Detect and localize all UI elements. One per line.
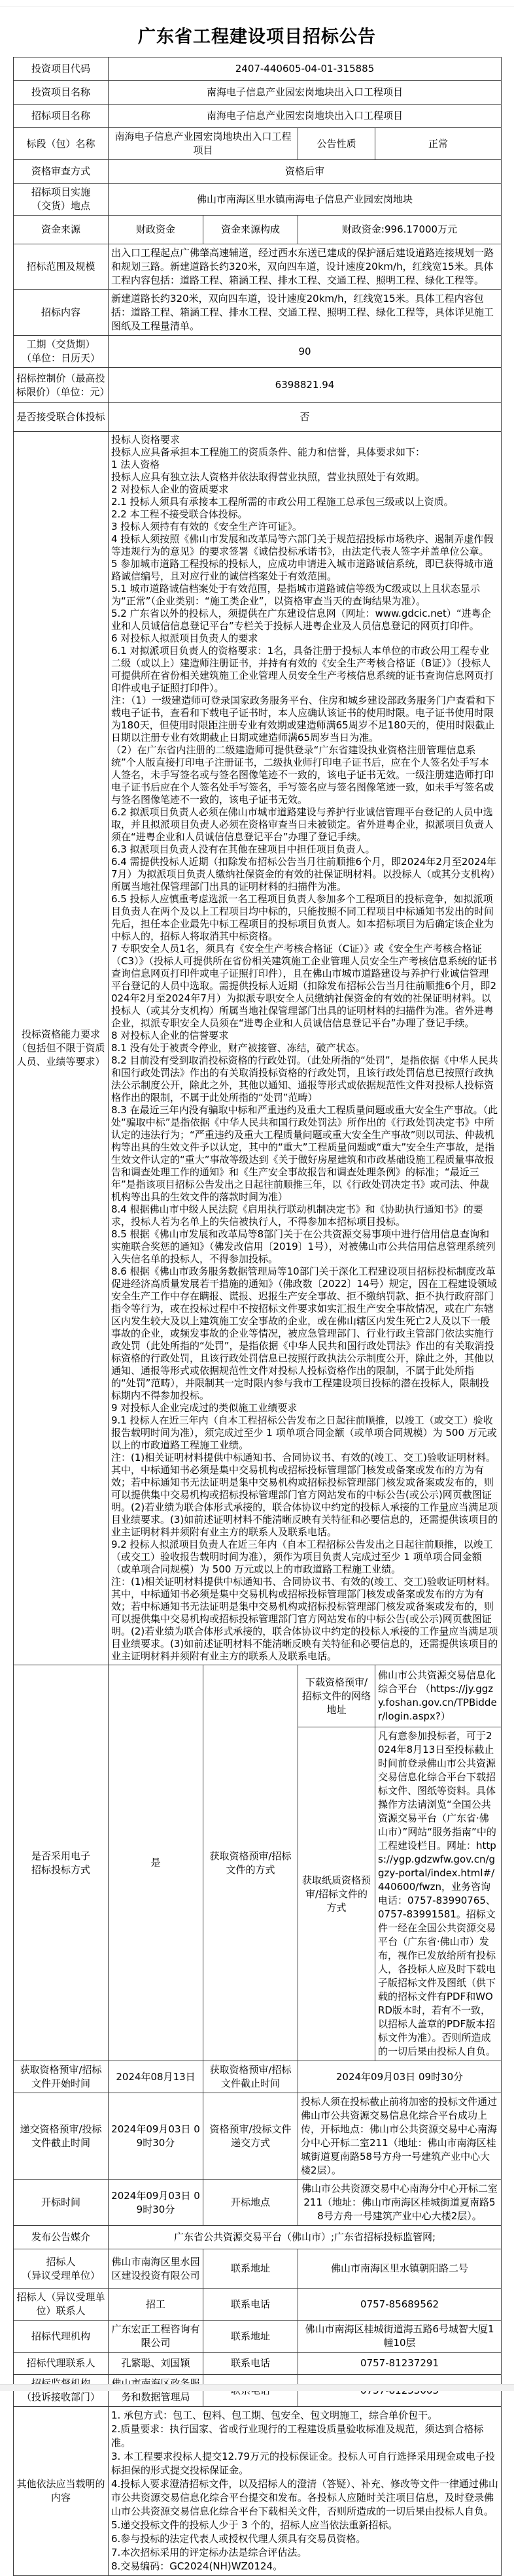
obtain-start-label: 获取资格预审/招标文件开始时间: [14, 2061, 109, 2093]
investment-code-value: 2407-440605-04-01-315885: [109, 57, 502, 81]
row-location: 招标项目实施 （交货）地点 佛山市南海区里水镇南海电子信息产业园宏岗地块: [14, 184, 502, 216]
duration-label: 工期（交货期） （单位：日历天）: [14, 336, 109, 368]
content-value: 新建道路长约320米，双向四车道，设计速度20km/h，红线宽15米。具体工程内…: [109, 290, 502, 336]
row-media: 发布公告媒介 广东省公共资源交易平台（佛山市）;广东省招标投标监管网;: [14, 2226, 502, 2249]
submission-method-value: 投标人须在投标截止前将加密的投标文件通过佛山市公共资源交易信息化综合平台成功上传…: [298, 2093, 502, 2180]
row-control-price: 招标控制价（最高投标限价）（单位：元） 6398821.94: [14, 368, 502, 403]
row-tenderer: 招标人 （异议受理单位） 佛山市南海区里水园区建设投资有限公司 联系地址 佛山市…: [14, 2249, 502, 2289]
agency-contact-label: 招标代理联系人: [14, 2353, 109, 2375]
row-other: 其他依法应当载明的内容 1. 承包方式：包工、包料、包工期、包安全、包文明施工，…: [14, 2407, 502, 2576]
download-url-label: 下载资格预审/招标文件的网络地址: [298, 1665, 375, 1727]
row-obtain-time: 获取资格预审/招标文件开始时间 2024年08月13日 获取资格预审/招标文件截…: [14, 2061, 502, 2093]
tenderer-contact-value: 招工: [109, 2289, 203, 2321]
funding-composition-value: 财政资金:996.17000万元: [298, 216, 502, 244]
agency-label: 招标代理机构: [14, 2321, 109, 2353]
tender-name-label: 招标项目名称: [14, 105, 109, 128]
obtain-start-value: 2024年08月13日: [109, 2061, 203, 2093]
row-submission: 递交资格预审/投标文件截止时间 2024年09月03日 09时30分 资格预审/…: [14, 2093, 502, 2180]
funding-composition-label: 资金来源构成: [203, 216, 298, 244]
notice-nature-label: 公告性质: [298, 128, 375, 160]
paper-method-value: 凡有意参加投标者，可于2024年8月13日至投标截止时间前登录佛山市公共资源交易…: [375, 1727, 502, 2061]
investment-name-label: 投资项目名称: [14, 81, 109, 105]
row-section: 标段（包）名称 南海电子信息产业园宏岗地块出入口工程项目 公告性质 正常: [14, 128, 502, 160]
row-duration: 工期（交货期） （单位：日历天） 90: [14, 336, 502, 368]
obtain-method-label: 获取资格预审/招标文件的方式: [203, 1665, 298, 2061]
content-label: 招标内容: [14, 290, 109, 336]
electronic-bidding-label: 是否采用电子 招标投标方式: [14, 1665, 109, 2061]
tender-name-value: 南海电子信息产业园宏岗地块出入口工程项目: [109, 105, 502, 128]
agency-contact-value: 孔繁聪、刘国颖: [109, 2353, 203, 2375]
scope-value: 出入口工程起点广佛肇高速辅道，经过西水东送已建成的保护涵后建设道路连接规划一路和…: [109, 244, 502, 290]
tenderer-value: 佛山市南海区里水园区建设投资有限公司: [109, 2249, 203, 2289]
agency-address-value: 佛山市南海区桂城街道海五路6号城智大厦1幢10层: [298, 2321, 502, 2353]
control-price-label: 招标控制价（最高投标限价）（单位：元）: [14, 368, 109, 403]
row-investment-name: 投资项目名称 南海电子信息产业园宏岗地块出入口工程项目: [14, 81, 502, 105]
row-qualification-review: 资格审查方式 资格后审: [14, 160, 502, 184]
location-value: 佛山市南海区里水镇南海电子信息产业园宏岗地块: [109, 184, 502, 216]
submission-deadline-label: 递交资格预审/投标文件截止时间: [14, 2093, 109, 2180]
row-funding: 资金来源 财政资金 资金来源构成 财政资金:996.17000万元: [14, 216, 502, 244]
page-top-rule: [0, 7, 514, 7]
row-tenderer-contact: 招标人（异议受理单位）联系人 招工 联系电话 0757-85689562: [14, 2289, 502, 2321]
page-footer-bar: [0, 2384, 514, 2391]
tenderer-address-label: 联系地址: [203, 2249, 298, 2289]
qualification-review-label: 资格审查方式: [14, 160, 109, 184]
row-investment-code: 投资项目代码 2407-440605-04-01-315885: [14, 57, 502, 81]
tenderer-label: 招标人 （异议受理单位）: [14, 2249, 109, 2289]
tenderer-phone-value: 0757-85689562: [298, 2289, 502, 2321]
other-value: 1. 承包方式：包工、包料、包工期、包安全、包文明施工，综合单价包干。 2.质量…: [109, 2407, 502, 2576]
media-value: 广东省公共资源交易平台（佛山市）;广东省招标投标监管网;: [109, 2226, 502, 2249]
agency-address-label: 联系地址: [203, 2321, 298, 2353]
bid-opening-place-value: 佛山市公共资源交易中心南海分中心开标二室211（地址：佛山市南海区桂城街道夏南路…: [298, 2180, 502, 2226]
media-label: 发布公告媒介: [14, 2226, 109, 2249]
paper-method-label: 获取纸质资格预审/招标文件的方式: [298, 1727, 375, 2061]
tenderer-contact-label: 招标人（异议受理单位）联系人: [14, 2289, 109, 2321]
qualification-requirements-label: 投标资格能力要求（包括但不限于资质人员、业绩等要求）: [14, 432, 109, 1665]
row-electronic-bidding: 是否采用电子 招标投标方式 是 获取资格预审/招标文件的方式 下载资格预审/招标…: [14, 1665, 502, 1727]
location-label: 招标项目实施 （交货）地点: [14, 184, 109, 216]
row-agency-contact: 招标代理联系人 孔繁聪、刘国颖 联系电话 0757-81237291: [14, 2353, 502, 2375]
submission-method-label: 资格预审/投标文件递交方式: [203, 2093, 298, 2180]
tenderer-address-value: 佛山市南海区里水镇朝阳路二号: [298, 2249, 502, 2289]
notice-nature-value: 正常: [375, 128, 502, 160]
investment-name-value: 南海电子信息产业园宏岗地块出入口工程项目: [109, 81, 502, 105]
agency-phone-label: 联系电话: [203, 2353, 298, 2375]
row-scope: 招标范围及规模 出入口工程起点广佛肇高速辅道，经过西水东送已建成的保护涵后建设道…: [14, 244, 502, 290]
row-consortium: 是否接受联合体投标 否: [14, 403, 502, 432]
funding-label: 资金来源: [14, 216, 109, 244]
tender-announcement-table: 投资项目代码 2407-440605-04-01-315885 投资项目名称 南…: [13, 57, 502, 2576]
submission-deadline-value: 2024年09月03日 09时30分: [109, 2093, 203, 2180]
section-value: 南海电子信息产业园宏岗地块出入口工程项目: [109, 128, 298, 160]
tenderer-phone-label: 联系电话: [203, 2289, 298, 2321]
row-tender-name: 招标项目名称 南海电子信息产业园宏岗地块出入口工程项目: [14, 105, 502, 128]
row-agency: 招标代理机构 广东宏正工程咨询有限公司 联系地址 佛山市南海区桂城街道海五路6号…: [14, 2321, 502, 2353]
row-bid-opening: 开标时间 2024年09月03日 09时30分 开标地点 佛山市公共资源交易中心…: [14, 2180, 502, 2226]
consortium-label: 是否接受联合体投标: [14, 403, 109, 432]
download-url-value: 佛山市公共资源交易信息化综合平台 （https://jy.ggzy.foshan…: [375, 1665, 502, 1727]
section-label: 标段（包）名称: [14, 128, 109, 160]
row-qualification-requirements: 投标资格能力要求（包括但不限于资质人员、业绩等要求） 投标人资格要求 投标人应具…: [14, 432, 502, 1665]
scope-label: 招标范围及规模: [14, 244, 109, 290]
qualification-review-value: 资格后审: [109, 160, 502, 184]
agency-phone-value: 0757-81237291: [298, 2353, 502, 2375]
bid-opening-time-value: 2024年09月03日 09时30分: [109, 2180, 203, 2226]
bid-opening-place-label: 开标地点: [203, 2180, 298, 2226]
other-label: 其他依法应当载明的内容: [14, 2407, 109, 2576]
obtain-end-label: 获取资格预审/招标文件截止时间: [203, 2061, 298, 2093]
electronic-bidding-value: 是: [109, 1665, 203, 2061]
funding-value: 财政资金: [109, 216, 203, 244]
investment-code-label: 投资项目代码: [14, 57, 109, 81]
qualification-requirements-value: 投标人资格要求 投标人应具备承担本工程施工的资质条件、能力和信誉，具体要求如下：…: [109, 432, 502, 1665]
consortium-value: 否: [109, 403, 502, 432]
control-price-value: 6398821.94: [109, 368, 502, 403]
duration-value: 90: [109, 336, 502, 368]
bid-opening-time-label: 开标时间: [14, 2180, 109, 2226]
row-content: 招标内容 新建道路长约320米，双向四车道，设计速度20km/h，红线宽15米。…: [14, 290, 502, 336]
agency-value: 广东宏正工程咨询有限公司: [109, 2321, 203, 2353]
obtain-end-value: 2024年09月03日 09时30分: [298, 2061, 502, 2093]
